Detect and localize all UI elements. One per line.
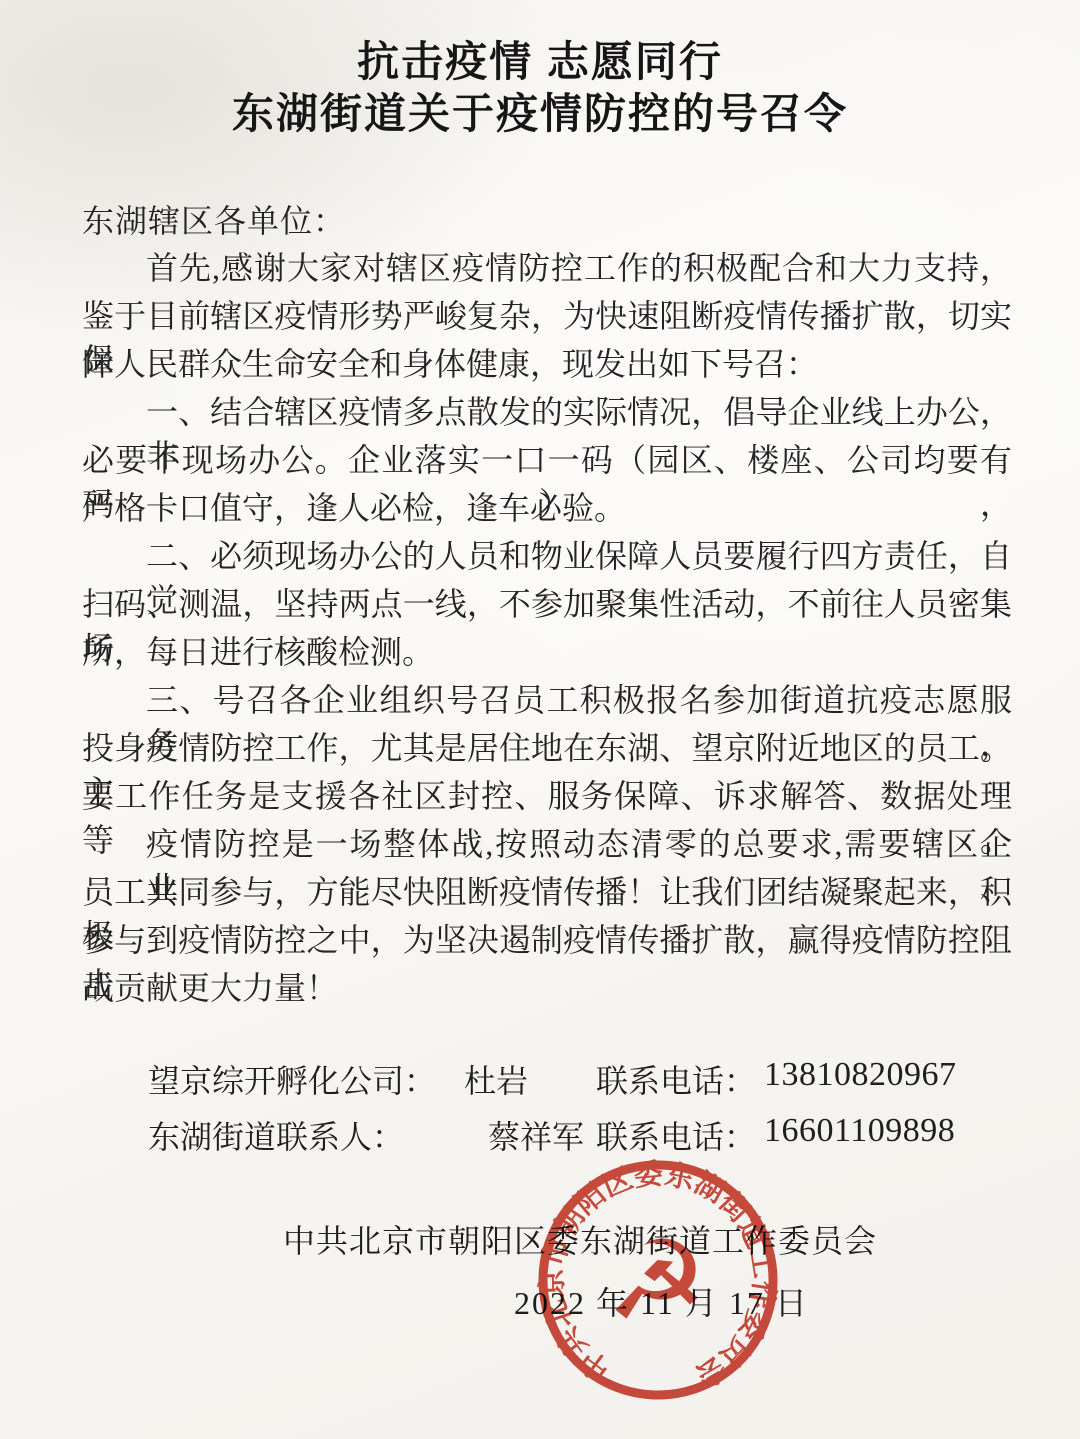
body-line: 扫码、测温，坚持两点一线，不参加聚集性活动，不前往人员密集场 (82, 582, 1012, 630)
body-line: 障人民群众生命安全和身体健康，现发出如下号召： (82, 342, 1012, 390)
body-line: 三、号召各企业组织号召员工积极报名参加街道抗疫志愿服务， (82, 678, 1012, 726)
salutation: 东湖辖区各单位： (82, 196, 346, 242)
body-line: 一、结合辖区疫情多点散发的实际情况，倡导企业线上办公，非 (82, 390, 1012, 438)
contact-label: 东湖街道联系人： (148, 1112, 404, 1158)
seal-graphic: 中共北京市朝阳区委东湖街道工作委员会 ☭ (521, 1143, 794, 1416)
body-line: 二、必须现场办公的人员和物业保障人员要履行四方责任，自觉 (82, 534, 1012, 582)
notice-title-line2: 东湖街道关于疫情防控的号召令 (0, 88, 1080, 140)
body-line: 员工共同参与，方能尽快阻断疫情传播！让我们团结凝聚起来，积极 (82, 870, 1012, 918)
body-line: 所，每日进行核酸检测。 (82, 630, 1012, 678)
body-line: 鉴于目前辖区疫情形势严峻复杂，为快速阻断疫情传播扩散，切实保 (82, 294, 1012, 342)
phone-label: 联系电话： (596, 1056, 756, 1102)
phone-number: 13810820967 (764, 1056, 957, 1094)
notice-title: 抗击疫情 志愿同行 东湖街道关于疫情防控的号召令 (0, 36, 1080, 140)
notice-title-line1: 抗击疫情 志愿同行 (0, 36, 1080, 88)
notice-body: 首先,感谢大家对辖区疫情防控工作的积极配合和大力支持，鉴于目前辖区疫情形势严峻复… (82, 246, 1012, 1014)
body-line: 首先,感谢大家对辖区疫情防控工作的积极配合和大力支持， (82, 246, 1012, 294)
body-line: 要工作任务是支援各社区封控、服务保障、诉求解答、数据处理等。 (82, 774, 1012, 822)
contact-label: 望京综开孵化公司： (148, 1056, 436, 1102)
hammer-sickle-icon: ☭ (604, 1214, 711, 1349)
official-seal: 中共北京市朝阳区委东湖街道工作委员会 ☭ (521, 1143, 794, 1416)
body-line: 投身疫情防控工作，尤其是居住地在东湖、望京附近地区的员工。主 (82, 726, 1012, 774)
body-line: 参与到疫情防控之中，为坚决遏制疫情传播扩散，赢得疫情防控阻击 (82, 918, 1012, 966)
body-line: 战贡献更大力量！ (82, 966, 1012, 1014)
body-line: 疫情防控是一场整体战,按照动态清零的总要求,需要辖区企业、 (82, 822, 1012, 870)
scanned-notice-page: 抗击疫情 志愿同行 东湖街道关于疫情防控的号召令 东湖辖区各单位： 首先,感谢大… (0, 0, 1080, 1439)
body-line: 必要不现场办公。企业落实一口一码（园区、楼座、公司均要有码）， (82, 438, 1012, 486)
phone-number: 16601109898 (764, 1112, 955, 1150)
contact-name: 杜岩 (464, 1056, 528, 1102)
contact-row: 望京综开孵化公司：杜岩联系电话：13810820967 (0, 1056, 1080, 1112)
